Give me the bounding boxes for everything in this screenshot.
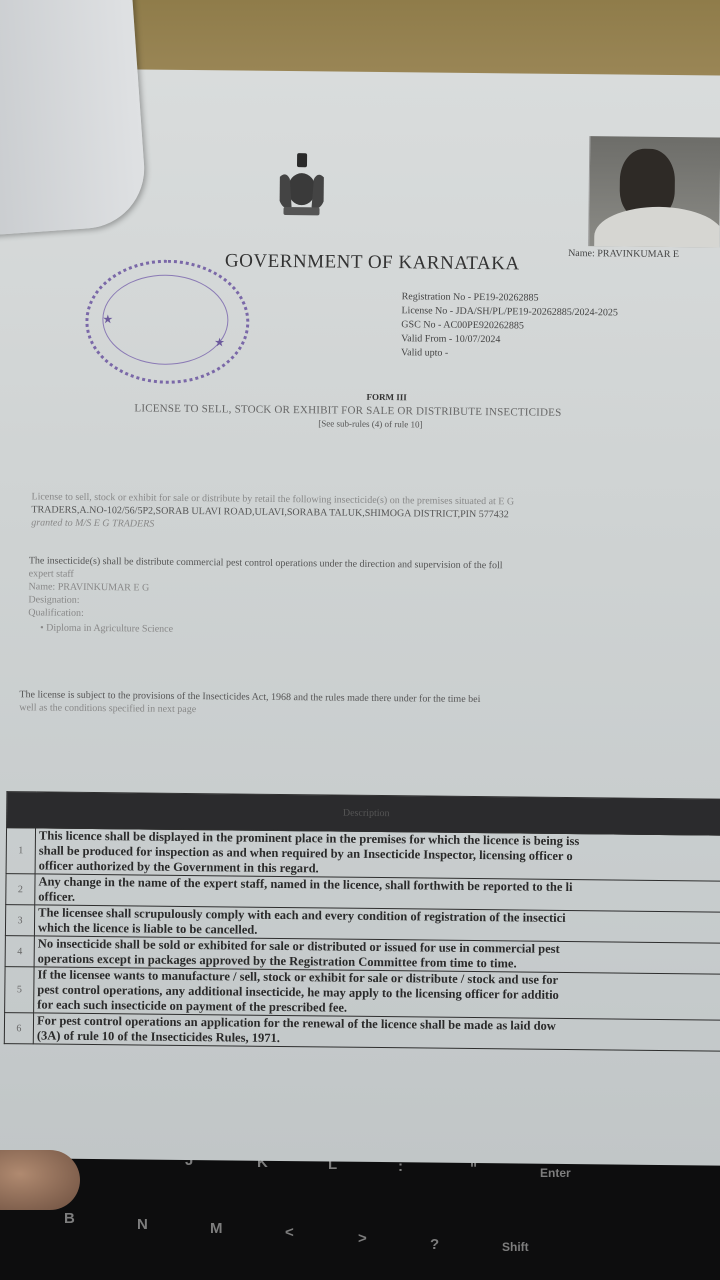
row-description: If the licensee wants to manufacture / s… [34, 967, 720, 1020]
finger [0, 1150, 80, 1210]
seal-star-icon: ★ [102, 312, 113, 327]
keyboard: J K L : " Enter B N M < > ? Shift [0, 1150, 720, 1280]
license-document: Name: PRAVINKUMAR E GOVERNMENT OF KARNAT… [0, 68, 720, 1166]
row-number: 3 [5, 905, 34, 936]
row-number: 1 [6, 828, 35, 874]
key-n[interactable]: N [137, 1216, 148, 1233]
official-seal-stamp: ★ ★ [85, 259, 250, 385]
expert-staff-paragraph: The insecticide(s) shall be distribute c… [28, 554, 503, 639]
valid-upto: Valid upto - [401, 346, 618, 362]
karnataka-emblem-icon [273, 151, 330, 222]
subject-paragraph: The license is subject to the provisions… [19, 688, 480, 719]
table-row: 5 If the licensee wants to manufacture /… [5, 967, 720, 1021]
seal-inner-ring [102, 274, 229, 365]
applicant-photo [588, 136, 720, 247]
row-description: This licence shall be displayed in the p… [35, 828, 720, 881]
key-period[interactable]: > [358, 1230, 367, 1247]
registration-details: Registration No - PE19-20262885 License … [401, 290, 618, 362]
table-row: 6 For pest control operations an applica… [4, 1013, 720, 1052]
key-shift[interactable]: Shift [502, 1240, 529, 1254]
row-number: 4 [5, 936, 34, 967]
form-number: FORM III [367, 392, 407, 402]
photo-shirt [594, 206, 720, 247]
row-description: For pest control operations an applicati… [33, 1013, 720, 1051]
row-number: 5 [5, 967, 34, 1013]
form-title: LICENSE TO SELL, STOCK OR EXHIBIT FOR SA… [134, 402, 561, 418]
row-number: 2 [6, 874, 35, 905]
folded-paper-corner [0, 0, 148, 235]
row-number: 6 [4, 1013, 33, 1044]
government-title: GOVERNMENT OF KARNATAKA [225, 250, 520, 275]
key-m[interactable]: M [210, 1220, 223, 1237]
photo-name-label: Name: PRAVINKUMAR E [568, 248, 679, 260]
qualification-item: • Diploma in Agriculture Science [40, 621, 502, 639]
premises-paragraph: License to sell, stock or exhibit for sa… [31, 490, 514, 534]
key-b[interactable]: B [64, 1210, 75, 1227]
conditions-table: Description 1 This licence shall be disp… [4, 791, 720, 1052]
seal-star-icon: ★ [214, 335, 225, 350]
key-slash[interactable]: ? [430, 1236, 439, 1253]
key-comma[interactable]: < [285, 1224, 294, 1241]
key-enter[interactable]: Enter [540, 1166, 571, 1180]
table-row: 1 This licence shall be displayed in the… [6, 828, 720, 882]
form-rule-reference: [See sub-rules (4) of rule 10] [318, 418, 422, 429]
